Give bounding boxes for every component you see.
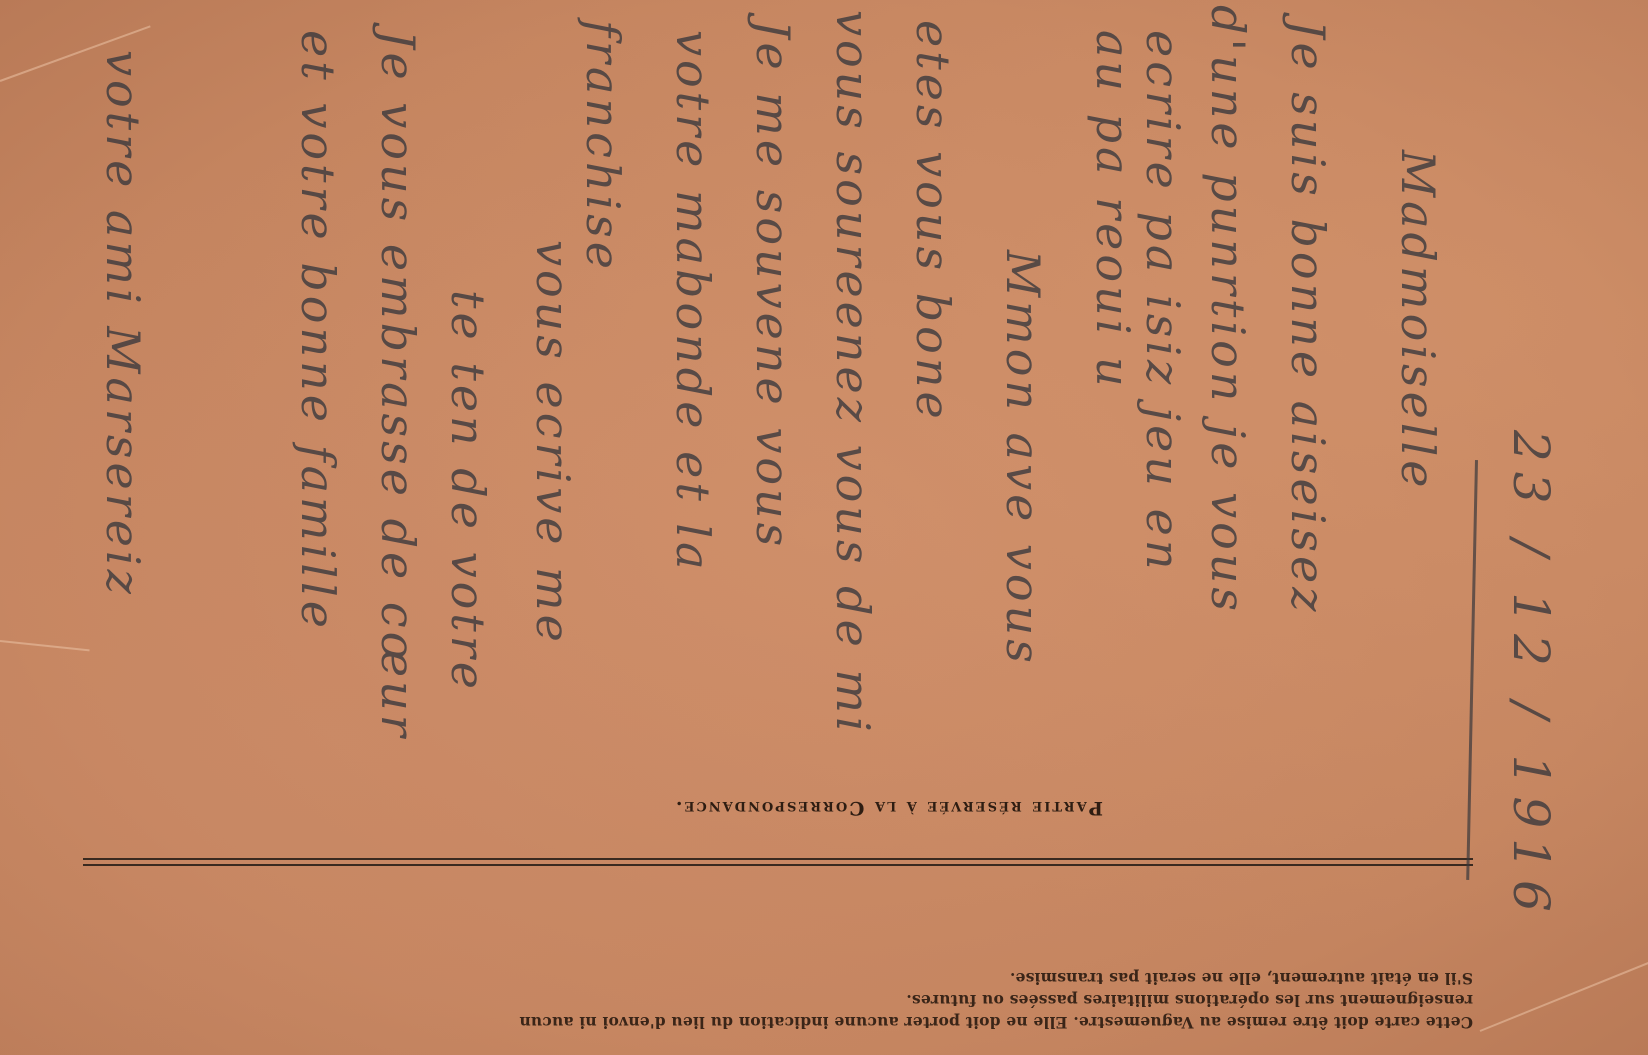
handwritten-letter: 23 / 12 / 1916 Madmoiselle Je suis bonne… — [0, 0, 1648, 1055]
letter-line: votre mabonde et la — [666, 30, 720, 574]
date-underline — [1466, 460, 1478, 880]
letter-line: Madmoiselle — [1391, 150, 1445, 491]
letter-line: etes vous bone — [906, 20, 960, 423]
letter-line: ecrire pa isiz jeu en — [1136, 30, 1190, 573]
letter-line: Je suis bonne aiseisez — [1281, 20, 1335, 615]
letter-line: vous ecrive me — [526, 240, 580, 646]
letter-line: d'une punrtion je vous — [1201, 5, 1255, 615]
letter-line: Je me souvene vous — [746, 20, 800, 550]
letter-line: Mmon ave vous — [996, 250, 1050, 667]
letter-line: au pa reoui u — [1086, 30, 1140, 391]
letter-line: franchise — [576, 20, 630, 273]
letter-line: te ten de votre — [441, 290, 495, 693]
letter-date: 23 / 12 / 1916 — [1502, 430, 1560, 922]
letter-line: votre ami Marsereiz — [96, 50, 150, 598]
letter-line: et votre bonne famille — [291, 30, 345, 632]
letter-line: Je vous embrasse de cœur — [371, 30, 425, 741]
postcard: Cette carte doit être remise au Vaguemes… — [0, 0, 1648, 1055]
letter-line: vous soureenez vous de mi — [826, 10, 880, 736]
